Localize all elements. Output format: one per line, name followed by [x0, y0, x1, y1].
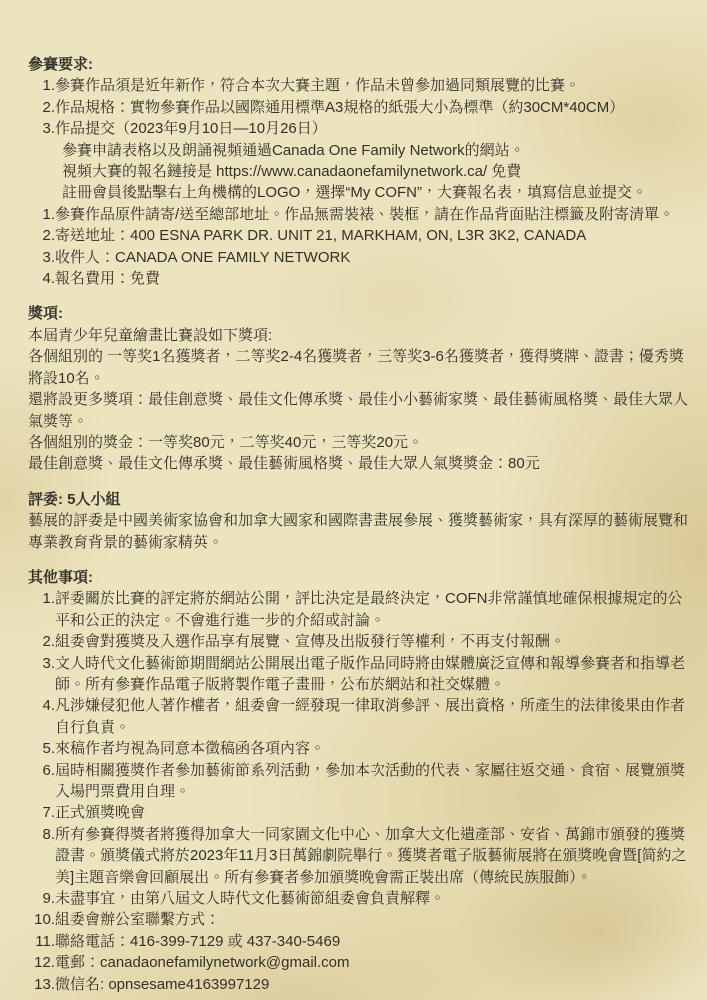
- item-number: [28, 182, 55, 203]
- item-text: 屆時相關獲獎作者參加藝術節系列活動，參加本次活動的代表、家屬往返交通、食宿、展覽…: [55, 760, 697, 803]
- item-text: 組委會辦公室聯繫方式：: [55, 909, 697, 930]
- list-item: 7.正式頒獎晚會: [28, 802, 697, 823]
- item-number: 11.: [28, 931, 55, 952]
- item-number: 8.: [28, 824, 55, 888]
- list-item: 12.電郵：canadaonefamilynetwork@gmail.com: [28, 952, 697, 973]
- item-text: 各個組別的獎金：一等奖80元，二等奖40元，三等奖20元。: [28, 434, 423, 451]
- list-item: 10.組委會辦公室聯繫方式：: [28, 909, 697, 930]
- item-number: [28, 140, 55, 161]
- paragraph-line: 本屆青少年兒童繪畫比賽設如下獎項:: [28, 325, 697, 346]
- list-item: 4.凡涉嫌侵犯他人著作權者，組委會一經發現一律取消參評、展出資格，所產生的法律後…: [28, 695, 697, 738]
- list-item: 3.收件人：CANADA ONE FAMILY NETWORK: [28, 247, 697, 268]
- section-0: 參賽要求:1.參賽作品須是近年新作，符合本次大賽主題，作品未曾參加過同類展覽的比…: [28, 54, 697, 289]
- item-number: 1.: [28, 204, 55, 225]
- item-number: 6.: [28, 760, 55, 803]
- list-item: 3.文人時代文化藝術節期間網站公開展出電子版作品同時將由媒體廣泛宣傳和報導參賽者…: [28, 653, 697, 696]
- item-text: 參賽作品須是近年新作，符合本次大賽主題，作品未曾參加過同類展覽的比賽。: [55, 75, 697, 96]
- item-text: 來稿作者均視為同意本徵稿函各項內容。: [55, 738, 697, 759]
- item-number: 1.: [28, 75, 55, 96]
- item-text: 正式頒獎晚會: [55, 802, 697, 823]
- item-text: 視頻大賽的報名鏈接是 https://www.canadaonefamilyne…: [55, 161, 697, 182]
- item-text: 凡涉嫌侵犯他人著作權者，組委會一經發現一律取消參評、展出資格，所產生的法律後果由…: [55, 695, 697, 738]
- paragraph-line: 藝展的評委是中國美術家協會和加拿大國家和國際書畫展參展、獲獎藝術家，具有深厚的藝…: [28, 510, 697, 553]
- list-item: 2.作品規格：實物參賽作品以國際通用標準A3規格的紙張大小為標準（約30CM*4…: [28, 97, 697, 118]
- list-item: 5.來稿作者均視為同意本徵稿函各項內容。: [28, 738, 697, 759]
- item-number: 3.: [28, 247, 55, 268]
- section-heading: 參賽要求:: [28, 54, 697, 75]
- item-text: 作品規格：實物參賽作品以國際通用標準A3規格的紙張大小為標準（約30CM*40C…: [55, 97, 697, 118]
- list-item: 4.報名費用：免費: [28, 268, 697, 289]
- section-heading: 評委: 5人小組: [28, 489, 697, 510]
- section-2: 評委: 5人小組藝展的評委是中國美術家協會和加拿大國家和國際書畫展參展、獲獎藝術…: [28, 489, 697, 553]
- item-number: 12.: [28, 952, 55, 973]
- list-item: 8.所有參賽得獎者將獲得加拿大一同家園文化中心、加拿大文化遺產部、安省、萬錦市頒…: [28, 824, 697, 888]
- item-text: 寄送地址：400 ESNA PARK DR. UNIT 21, MARKHAM,…: [55, 225, 697, 246]
- list-item: 3.作品提交（2023年9月10日—10月26日）: [28, 118, 697, 139]
- item-text: 未盡事宜，由第八屆文人時代文化藝術節組委會負責解釋。: [55, 888, 697, 909]
- list-item: 9.未盡事宜，由第八屆文人時代文化藝術節組委會負責解釋。: [28, 888, 697, 909]
- item-text: 最佳創意獎、最佳文化傳承獎、最佳藝術風格獎、最佳大眾人氣獎獎金：80元: [28, 455, 540, 472]
- paragraph-line: 各個組別的 一等奖1名獲獎者，二等奖2-4名獲獎者，三等奖3-6名獲獎者，獲得獎…: [28, 346, 697, 389]
- item-number: 5.: [28, 738, 55, 759]
- section-3: 其他事項:1.評委關於比賽的評定將於網站公開，評比決定是最終決定，COFN非常謹…: [28, 567, 697, 995]
- item-number: 2.: [28, 631, 55, 652]
- list-item: 13.微信名: opnsesame4163997129: [28, 974, 697, 995]
- item-number: 2.: [28, 97, 55, 118]
- item-text: 報名費用：免費: [55, 268, 697, 289]
- item-number: 7.: [28, 802, 55, 823]
- item-number: 13.: [28, 974, 55, 995]
- flyer-page: 參賽要求:1.參賽作品須是近年新作，符合本次大賽主題，作品未曾參加過同類展覽的比…: [0, 0, 707, 1000]
- item-text: 文人時代文化藝術節期間網站公開展出電子版作品同時將由媒體廣泛宣傳和報導參賽者和指…: [55, 653, 697, 696]
- paragraph-line: 最佳創意獎、最佳文化傳承獎、最佳藝術風格獎、最佳大眾人氣獎獎金：80元: [28, 453, 697, 474]
- item-text: 各個組別的 一等奖1名獲獎者，二等奖2-4名獲獎者，三等奖3-6名獲獎者，獲得獎…: [28, 348, 684, 386]
- document-body: 參賽要求:1.參賽作品須是近年新作，符合本次大賽主題，作品未曾參加過同類展覽的比…: [28, 54, 697, 995]
- list-item: 1.參賽作品須是近年新作，符合本次大賽主題，作品未曾參加過同類展覽的比賽。: [28, 75, 697, 96]
- item-text: 收件人：CANADA ONE FAMILY NETWORK: [55, 247, 697, 268]
- list-continuation-line: 註冊會員後點擊右上角機構的LOGO，選擇“My COFN”，大賽報名表，填寫信息…: [28, 182, 697, 203]
- list-item: 6.屆時相關獲獎作者參加藝術節系列活動，參加本次活動的代表、家屬往返交通、食宿、…: [28, 760, 697, 803]
- section-heading: 其他事項:: [28, 567, 697, 588]
- list-item: 2.寄送地址：400 ESNA PARK DR. UNIT 21, MARKHA…: [28, 225, 697, 246]
- item-text: 本屆青少年兒童繪畫比賽設如下獎項:: [28, 327, 272, 344]
- item-text: 註冊會員後點擊右上角機構的LOGO，選擇“My COFN”，大賽報名表，填寫信息…: [55, 182, 697, 203]
- item-text: 參賽作品原件請寄/送至總部地址。作品無需裝裱、裝框，請在作品背面貼注標籤及附寄清…: [55, 204, 697, 225]
- item-number: 4.: [28, 695, 55, 738]
- item-text: 電郵：canadaonefamilynetwork@gmail.com: [55, 952, 697, 973]
- list-continuation-line: 視頻大賽的報名鏈接是 https://www.canadaonefamilyne…: [28, 161, 697, 182]
- item-text: 參賽申請表格以及朗誦視頻通過Canada One Family Network的…: [55, 140, 697, 161]
- list-item: 2.組委會對獲獎及入選作品享有展覽、宣傳及出版發行等權利，不再支付報酬。: [28, 631, 697, 652]
- item-number: 1.: [28, 588, 55, 631]
- item-text: 組委會對獲獎及入選作品享有展覽、宣傳及出版發行等權利，不再支付報酬。: [55, 631, 697, 652]
- item-number: [28, 161, 55, 182]
- item-number: 10.: [28, 909, 55, 930]
- item-number: 3.: [28, 118, 55, 139]
- paragraph-line: 各個組別的獎金：一等奖80元，二等奖40元，三等奖20元。: [28, 432, 697, 453]
- item-text: 藝展的評委是中國美術家協會和加拿大國家和國際書畫展參展、獲獎藝術家，具有深厚的藝…: [28, 512, 688, 550]
- item-text: 所有參賽得獎者將獲得加拿大一同家園文化中心、加拿大文化遺產部、安省、萬錦市頒發的…: [55, 824, 697, 888]
- item-number: 4.: [28, 268, 55, 289]
- item-text: 評委關於比賽的評定將於網站公開，評比決定是最終決定，COFN非常謹慎地確保根據規…: [55, 588, 697, 631]
- item-number: 9.: [28, 888, 55, 909]
- item-number: 2.: [28, 225, 55, 246]
- list-item: 11.聯絡電話：416-399-7129 或 437-340-5469: [28, 931, 697, 952]
- paragraph-line: 還將設更多獎項：最佳創意獎、最佳文化傳承獎、最佳小小藝術家獎、最佳藝術風格獎、最…: [28, 389, 697, 432]
- section-1: 獎項:本屆青少年兒童繪畫比賽設如下獎項:各個組別的 一等奖1名獲獎者，二等奖2-…: [28, 303, 697, 474]
- item-text: 還將設更多獎項：最佳創意獎、最佳文化傳承獎、最佳小小藝術家獎、最佳藝術風格獎、最…: [28, 391, 688, 429]
- item-number: 3.: [28, 653, 55, 696]
- item-text: 微信名: opnsesame4163997129: [55, 974, 697, 995]
- list-item: 1.評委關於比賽的評定將於網站公開，評比決定是最終決定，COFN非常謹慎地確保根…: [28, 588, 697, 631]
- list-continuation-line: 參賽申請表格以及朗誦視頻通過Canada One Family Network的…: [28, 140, 697, 161]
- item-text: 聯絡電話：416-399-7129 或 437-340-5469: [55, 931, 697, 952]
- list-item: 1.參賽作品原件請寄/送至總部地址。作品無需裝裱、裝框，請在作品背面貼注標籤及附…: [28, 204, 697, 225]
- item-text: 作品提交（2023年9月10日—10月26日）: [55, 118, 697, 139]
- section-heading: 獎項:: [28, 303, 697, 324]
